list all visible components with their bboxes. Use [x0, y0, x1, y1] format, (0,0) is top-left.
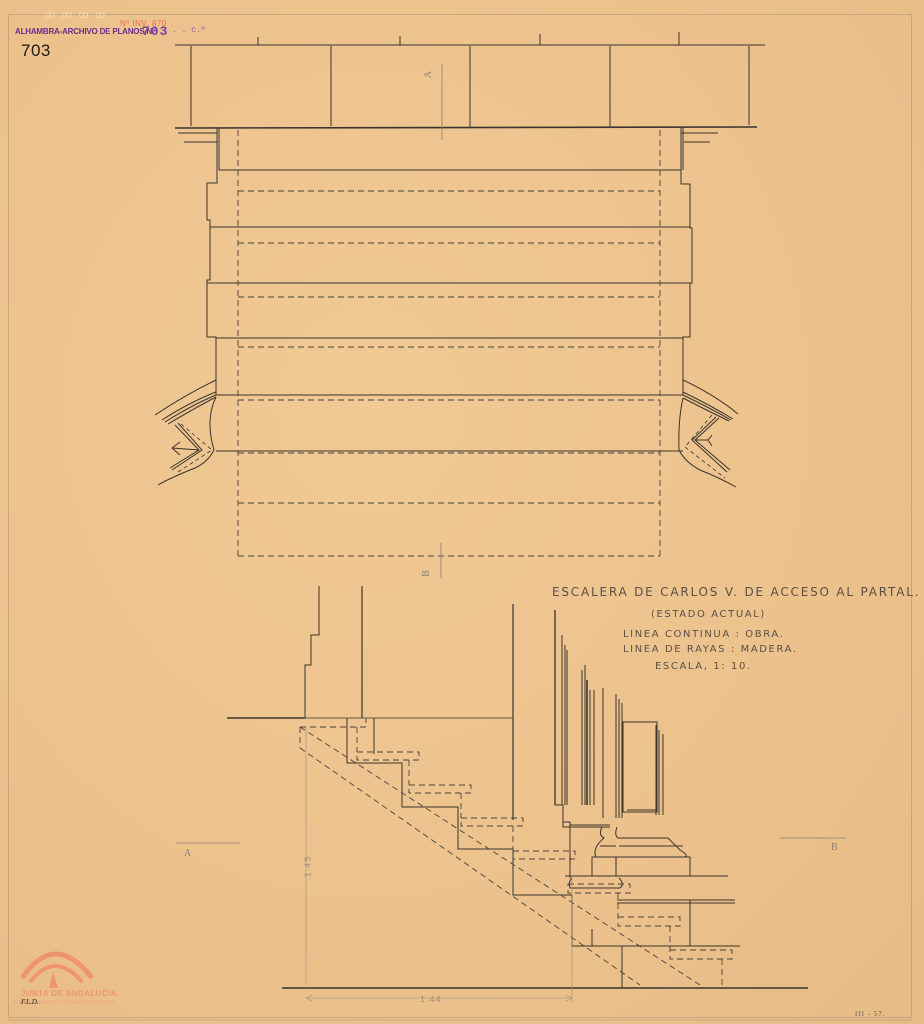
drawing-scale: ESCALA, 1: 10.: [655, 661, 752, 672]
section-marker-right: B: [831, 842, 838, 853]
architectural-drawing: [0, 0, 924, 1024]
plan-cut-marker-bottom: B: [421, 570, 432, 577]
drawing-subtitle: (ESTADO ACTUAL): [651, 609, 766, 620]
plan-cut-marker-top: A: [423, 71, 434, 78]
legend-dashed-line: LINEA DE RAYAS : MADERA.: [623, 644, 798, 655]
drawing-title: ESCALERA DE CARLOS V. DE ACCESO AL PARTA…: [552, 585, 920, 599]
junta-logo: [22, 954, 92, 988]
plan-view: [155, 32, 765, 578]
section-marker-left: A: [184, 848, 191, 859]
legend-solid-line: LINEA CONTINUA : OBRA.: [623, 629, 784, 640]
dimension-vertical: 1.45: [303, 856, 312, 878]
author-initials: F.L.D.: [21, 998, 39, 1006]
reference-code: III - 57.: [855, 1010, 886, 1018]
logo-name: JUNTA DE ANDALUCIA: [21, 989, 117, 998]
dimension-horizontal: 1.44: [420, 995, 442, 1004]
